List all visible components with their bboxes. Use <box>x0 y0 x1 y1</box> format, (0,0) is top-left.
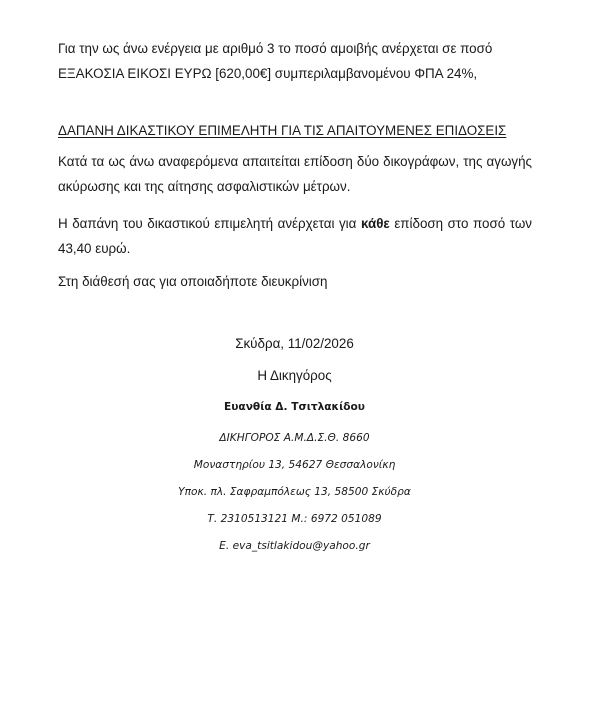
signer-role: Η Δικηγόρος <box>0 368 589 383</box>
address-thessaloniki: Μοναστηρίου 13, 54627 Θεσσαλονίκη <box>0 459 589 471</box>
signer-name: Ευανθία Δ. Τσιτλακίδου <box>0 401 589 413</box>
service-paragraph: Κατά τα ως άνω αναφερόμενα απαιτείται επ… <box>58 149 532 199</box>
address-skydra: Υποκ. πλ. Σαφραμπόλεως 13, 58500 Σκύδρα <box>0 486 589 498</box>
section-heading: ΔΑΠΑΝΗ ΔΙΚΑΣΤΙΚΟΥ ΕΠΙΜΕΛΗΤΗ ΓΙΑ ΤΙΣ ΑΠΑΙ… <box>58 121 506 141</box>
fee-paragraph: Για την ως άνω ενέργεια με αριθμό 3 το π… <box>58 36 532 86</box>
email-address: Ε. eva_tsitlakidou@yahoo.gr <box>0 540 589 552</box>
phone-numbers: Τ. 2310513121 Μ.: 6972 051089 <box>0 513 589 525</box>
place-date: Σκύδρα, 11/02/2026 <box>0 336 589 351</box>
bar-registration: ΔΙΚΗΓΟΡΟΣ Α.Μ.Δ.Σ.Θ. 8660 <box>0 432 589 444</box>
cost-text-before: Η δαπάνη του δικαστικού επιμελητή ανέρχε… <box>58 216 361 231</box>
closing-paragraph: Στη διάθεσή σας για οποιαδήποτε διευκρίν… <box>58 269 532 294</box>
cost-text-bold: κάθε <box>361 216 390 231</box>
cost-paragraph: Η δαπάνη του δικαστικού επιμελητή ανέρχε… <box>58 211 532 261</box>
fee-line-2: ΕΞΑΚΟΣΙΑ ΕΙΚΟΣΙ ΕΥΡΩ [620,00€] συμπεριλα… <box>58 66 477 81</box>
fee-line-1: Για την ως άνω ενέργεια με αριθμό 3 το π… <box>58 41 492 56</box>
